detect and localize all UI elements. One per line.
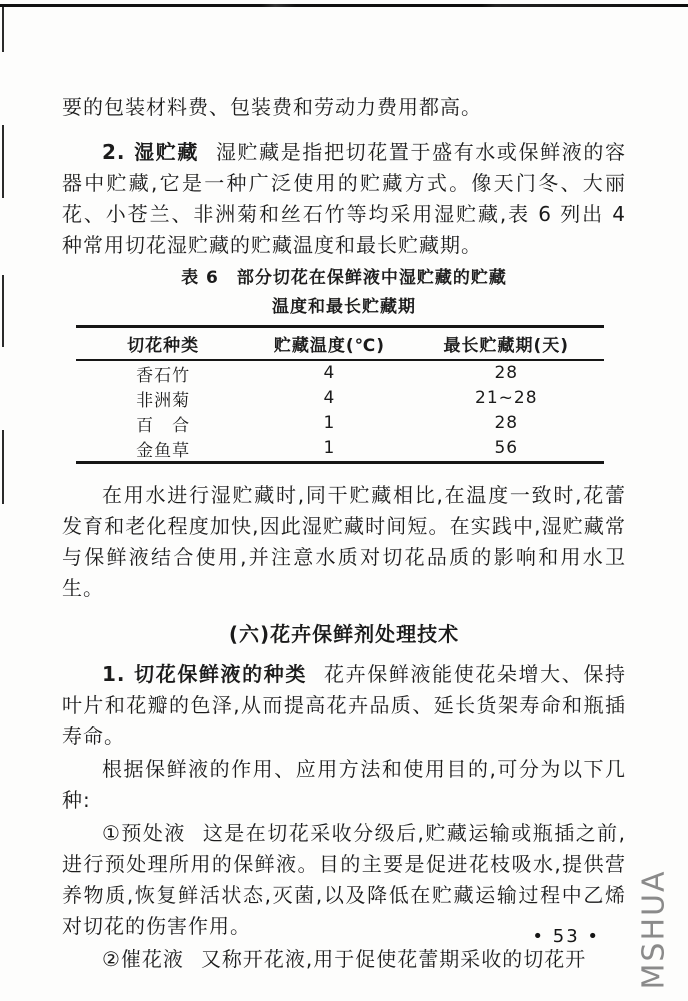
cell-max-days: 21~28 <box>409 386 604 411</box>
paragraph-lead-bold: 1. 切花保鲜液的种类 <box>102 662 307 686</box>
section-heading: (六)花卉保鲜剂处理技术 <box>62 619 626 649</box>
table-caption-line1: 表 6 部分切花在保鲜液中湿贮藏的贮藏 <box>62 264 626 293</box>
storage-table-body: 香石竹 4 28 非洲菊 4 21~28 百 合 1 28 金鱼草 1 <box>76 360 604 463</box>
storage-table: 切花种类 贮藏温度(℃) 最长贮藏期(天) 香石竹 4 28 非洲菊 4 21~… <box>76 325 604 464</box>
table-row: 非洲菊 4 21~28 <box>76 386 604 411</box>
paragraph-lead: ①预处液 <box>102 821 186 845</box>
paragraph-bud-opening-solution: ②催花液又称开花液,用于促使花蕾期采收的切花开 <box>62 944 626 975</box>
paragraph-comparison: 在用水进行湿贮藏时,同干贮藏相比,在温度一致时,花蕾发育和老化程度加快,因此湿贮… <box>62 480 626 604</box>
cell-species: 百 合 <box>76 411 250 436</box>
paragraph-text: 在用水进行湿贮藏时,同干贮藏相比,在温度一致时,花蕾发育和老化程度加快,因此湿贮… <box>62 483 626 600</box>
watermark-mshua: MSHUA <box>637 860 672 1000</box>
cell-temperature: 1 <box>250 436 408 463</box>
page-content: 要的包装材料费、包装费和劳动力费用都高。 2. 湿贮藏湿贮藏是指把切花置于盛有水… <box>0 0 688 1001</box>
table-caption-line2: 温度和最长贮藏期 <box>62 293 626 322</box>
cell-species: 非洲菊 <box>76 386 250 411</box>
paragraph-preservative-types: 1. 切花保鲜液的种类花卉保鲜液能使花朵增大、保持叶片和花瓣的色泽,从而提高花卉… <box>62 659 626 752</box>
cell-max-days: 28 <box>409 411 604 436</box>
paragraph-text: 又称开花液,用于促使花蕾期采收的切花开 <box>201 947 586 971</box>
table-header-row: 切花种类 贮藏温度(℃) 最长贮藏期(天) <box>76 327 604 360</box>
paragraph-wet-storage: 2. 湿贮藏湿贮藏是指把切花置于盛有水或保鲜液的容器中贮藏,它是一种广泛使用的贮… <box>62 137 626 261</box>
table-row: 金鱼草 1 56 <box>76 436 604 463</box>
cell-temperature: 4 <box>250 386 408 411</box>
paragraph-classification: 根据保鲜液的作用、应用方法和使用目的,可分为以下几种: <box>62 754 626 816</box>
scanned-book-page: 要的包装材料费、包装费和劳动力费用都高。 2. 湿贮藏湿贮藏是指把切花置于盛有水… <box>0 0 688 1001</box>
table-caption: 表 6 部分切花在保鲜液中湿贮藏的贮藏 温度和最长贮藏期 <box>62 264 626 322</box>
table-row: 百 合 1 28 <box>76 411 604 436</box>
header-temperature: 贮藏温度(℃) <box>250 327 408 360</box>
page-number: • 53 • <box>532 926 600 947</box>
header-species: 切花种类 <box>76 327 250 360</box>
paragraph-lead-bold: 2. 湿贮藏 <box>102 140 199 164</box>
storage-table-head: 切花种类 贮藏温度(℃) 最长贮藏期(天) <box>76 327 604 360</box>
cell-species: 金鱼草 <box>76 436 250 463</box>
header-max-days: 最长贮藏期(天) <box>409 327 604 360</box>
cell-temperature: 1 <box>250 411 408 436</box>
cell-temperature: 4 <box>250 360 408 386</box>
paragraph-pretreatment-solution: ①预处液这是在切花采收分级后,贮藏运输或瓶插之前,进行预处理所用的保鲜液。目的主… <box>62 818 626 942</box>
table-row: 香石竹 4 28 <box>76 360 604 386</box>
paragraph-text: 根据保鲜液的作用、应用方法和使用目的,可分为以下几种: <box>62 757 626 812</box>
cell-species: 香石竹 <box>76 360 250 386</box>
cell-max-days: 56 <box>409 436 604 463</box>
cell-max-days: 28 <box>409 360 604 386</box>
paragraph-text: 要的包装材料费、包装费和劳动力费用都高。 <box>62 95 482 119</box>
paragraph-lead: ②催花液 <box>102 947 184 971</box>
paragraph-continuation: 要的包装材料费、包装费和劳动力费用都高。 <box>62 92 626 123</box>
